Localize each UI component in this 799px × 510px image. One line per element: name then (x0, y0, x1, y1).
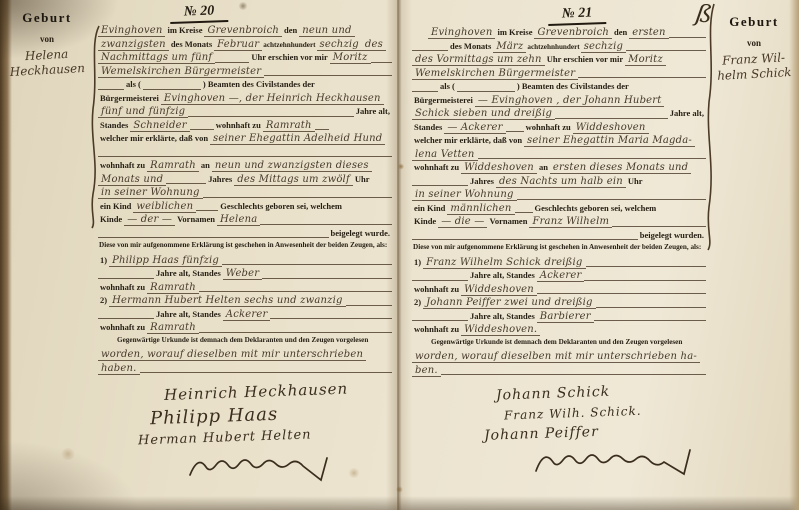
form-line: 2)Johann Peiffer zwei und dreißig (412, 297, 706, 311)
blank-rule (203, 197, 392, 198)
handwritten-entry: neun und zwanzigsten dieses (212, 160, 372, 172)
right-signature-list: Johann SchickFranz Wilh. Schick.Johann P… (412, 382, 706, 443)
printed-form-text: Diese von mir aufgenommene Erklärung ist… (98, 241, 388, 249)
blank-rule (98, 318, 154, 319)
handwritten-entry: ersten (629, 27, 668, 39)
printed-form-text: ) Beamten des Civilstandes der (201, 79, 317, 89)
form-line: in seiner Wohnung (412, 189, 706, 203)
form-line: wohnhaft zuRamrath (98, 282, 392, 296)
handwritten-entry: — die — (438, 216, 487, 228)
printed-form-text: wohnhaft zu (214, 120, 263, 130)
form-line: 2)Hermann Hubert Helten sechs und zwanzi… (98, 295, 392, 309)
blank-rule (190, 129, 214, 130)
handwritten-entry: März (493, 41, 526, 53)
handwritten-entry: Monats und (98, 174, 166, 186)
printed-form-text: Diese von mir aufgenommene Erklärung ist… (412, 243, 702, 251)
left-margin-von: von (6, 34, 88, 44)
printed-form-text: 1) (412, 257, 423, 267)
printed-form-text: Geschlechts geboren sei, welchem (218, 201, 344, 211)
handwritten-entry: ben. (412, 365, 441, 377)
handwritten-entry: Widdeshoven. (461, 324, 540, 336)
handwritten-entry: Schneider (130, 120, 189, 132)
printed-form-text: Jahre alt, Standes (154, 268, 223, 278)
form-line: Wemelskirchen Bürgermeister (98, 66, 392, 80)
blank-rule (199, 291, 392, 292)
form-line: des Vormittags um zehnUhr erschien vor m… (412, 54, 706, 68)
form-line: wohnhaft zuWiddeshovenanersten dieses Mo… (412, 162, 706, 176)
handwritten-entry: Ramrath (147, 322, 199, 334)
handwritten-entry: des Vormittags um zehn (412, 54, 545, 66)
printed-form-text: welcher mir erklärte, daß von (98, 133, 210, 143)
printed-form-text: den (282, 25, 299, 35)
blank-rule (260, 224, 392, 225)
handwritten-entry: Widdeshoven (461, 284, 537, 296)
printed-form-text: wohnhaft zu (412, 162, 461, 172)
handwritten-entry: in seiner Wohnung (98, 187, 203, 199)
form-line: ein KindweiblichenGeschlechts geboren se… (98, 201, 392, 215)
printed-form-text: Vornamen (487, 216, 529, 226)
blank-rule (412, 50, 448, 51)
right-page-signatures: Johann SchickFranz Wilh. Schick.Johann P… (412, 382, 706, 490)
right-margin-brace (704, 2, 718, 252)
blank-rule (457, 91, 515, 92)
printed-form-text: 1) (98, 255, 109, 265)
printed-form-text: Uhr (353, 174, 372, 184)
blank-rule (166, 183, 206, 184)
handwritten-entry: sechzig (317, 39, 362, 51)
form-line: als () Beamten des Civilstandes der (98, 79, 392, 93)
form-line: Wemelskirchen Bürgermeister (412, 68, 706, 82)
form-line: Jahre alt, StandesAckerer (412, 270, 706, 284)
handwritten-entry: Evinghoven —, der Heinrich Heckhausen (161, 93, 384, 105)
form-line: Diese von mir aufgenommene Erklärung ist… (98, 241, 392, 255)
printed-form-text: ein Kind (98, 201, 133, 211)
blank-rule (555, 118, 668, 119)
form-line: wohnhaft zuWiddeshoven (412, 284, 706, 298)
left-signature-list: Heinrich HeckhausenPhilipp HaasHerman Hu… (98, 380, 392, 447)
handwritten-entry: fünf und fünfzig (98, 106, 188, 118)
handwritten-entry: Wemelskirchen Bürgermeister (412, 68, 578, 80)
form-line: als () Beamten des Civilstandes der (412, 81, 706, 95)
handwritten-entry: zwanzigsten (98, 39, 169, 51)
handwritten-entry: weiblichen (133, 201, 196, 213)
blank-rule (262, 278, 392, 279)
left-page-number: № 20 (170, 3, 229, 24)
form-line: ben. (412, 365, 706, 379)
blank-rule (196, 210, 218, 211)
handwritten-entry: sechzig (581, 41, 626, 53)
handwritten-entry: Philipp Haas fünfzig (109, 255, 222, 267)
handwritten-entry: Franz Wilhelm Schick dreißig (423, 257, 585, 269)
printed-form-text: Jahre alt, (354, 106, 392, 116)
form-line: Diese von mir aufgenommene Erklärung ist… (412, 243, 706, 257)
printed-form-text: den (612, 27, 629, 37)
handwritten-entry: männlichen (447, 203, 514, 215)
blank-rule (98, 278, 154, 279)
form-line: Schick sieben und dreißigJahre alt, (412, 108, 706, 122)
handwritten-entry: Johann Peiffer zwei und dreißig (423, 297, 596, 309)
handwritten-entry: ersten dieses Monats und (550, 162, 691, 174)
handwritten-entry: Grevenbroich (204, 25, 282, 37)
blank-rule (412, 185, 468, 186)
blank-rule (143, 89, 201, 90)
right-page-number: № 21 (548, 5, 607, 26)
form-line: in seiner Wohnung (98, 187, 392, 201)
form-line: wohnhaft zuRamrath (98, 322, 392, 336)
blank-rule (199, 332, 392, 333)
handwritten-entry: — der — (124, 214, 175, 226)
blank-rule (594, 320, 706, 321)
printed-form-text: 2) (98, 295, 109, 305)
blank-rule (441, 374, 706, 375)
printed-form-text: beigelegt wurde. (329, 228, 393, 238)
handwritten-entry: Barbierer (537, 311, 594, 323)
blank-rule (412, 91, 438, 92)
printed-form-text: Kinde (412, 216, 438, 226)
handwritten-entry: haben. (98, 363, 140, 375)
handwritten-entry: Hermann Hubert Helten sechs und zwanzig (109, 295, 346, 307)
right-page-lines: Evinghovenim KreiseGrevenbroichdenersten… (412, 27, 706, 378)
blank-rule (140, 372, 392, 373)
printed-form-text: als ( (124, 79, 143, 89)
form-line: welcher mir erklärte, daß vonseiner Eheg… (412, 135, 706, 149)
handwritten-entry: in seiner Wohnung (412, 189, 517, 201)
handwritten-entry: neun und (299, 25, 354, 37)
printed-form-text: Uhr erschien vor mir (545, 54, 625, 64)
left-page-body: Evinghovenim KreiseGrevenbroichdenneun u… (98, 25, 392, 376)
printed-form-text: Jahres (206, 174, 234, 184)
printed-form-text: beigelegt wurden. (638, 230, 706, 240)
blank-rule (188, 116, 353, 117)
handwritten-entry: Nachmittags um fünf (98, 52, 215, 64)
blank-rule (270, 318, 392, 319)
blank-rule (669, 37, 706, 38)
right-margin-heading: Geburt (712, 14, 796, 30)
handwritten-entry: Widdeshoven (573, 122, 649, 134)
form-line: worden, worauf dieselben mit mir untersc… (98, 349, 392, 363)
form-line: Bürgermeisterei— Evinghoven , der Johann… (412, 95, 706, 109)
printed-form-text: 2) (412, 297, 423, 307)
left-margin-annotation: Geburt von Helena Heckhausen (6, 10, 88, 78)
blank-rule (412, 239, 638, 240)
blank-rule (346, 305, 392, 306)
blank-rule (222, 264, 392, 265)
printed-form-text: achtzehnhundert (262, 41, 316, 49)
form-line: 1)Philipp Haas fünfzig (98, 255, 392, 269)
printed-form-text: im Kreise (165, 25, 204, 35)
handwritten-entry: des Nachts um halb ein (496, 176, 626, 188)
handwritten-entry: worden, worauf dieselben mit mir untersc… (412, 351, 700, 363)
printed-form-text: Gegenwärtige Urkunde ist demnach dem Dek… (430, 338, 683, 346)
handwritten-entry: Helena (217, 214, 260, 226)
printed-form-text: im Kreise (495, 27, 534, 37)
right-page-body: Evinghovenim KreiseGrevenbroichdenersten… (412, 27, 706, 378)
printed-form-text: Bürgermeisterei (412, 95, 475, 105)
form-line: welcher mir erklärte, daß vonseiner Eheg… (98, 133, 392, 147)
handwritten-entry: Widdeshoven (461, 162, 537, 174)
form-line: Gegenwärtige Urkunde ist demnach dem Dek… (98, 336, 392, 350)
printed-form-text: Uhr erschien vor mir (249, 52, 329, 62)
handwritten-entry: lena Vetten (412, 149, 478, 161)
handwritten-entry: Februar (214, 39, 262, 51)
blank-rule (98, 237, 329, 238)
handwritten-entry: — Ackerer (444, 122, 505, 134)
form-line: Jahre alt, StandesWeber (98, 268, 392, 282)
blank-rule (478, 158, 706, 159)
handwritten-entry: Evinghoven (98, 25, 165, 37)
printed-form-text: als ( (438, 81, 457, 91)
handwritten-entry: Ramrath (147, 282, 199, 294)
official-signature-flourish (532, 443, 762, 485)
left-margin-name: Helena Heckhausen (5, 46, 88, 80)
blank-rule (412, 320, 468, 321)
register-book-photo: № 20 Geburt von Helena Heckhausen Evingh… (0, 0, 799, 510)
stain-top (238, 2, 248, 10)
official-signature-flourish (186, 449, 386, 489)
form-line: Jahre alt, StandesBarbierer (412, 311, 706, 325)
form-line: Jahresdes Nachts um halb einUhr (412, 176, 706, 190)
printed-form-text: Standes (412, 122, 444, 132)
blank-rule (412, 280, 468, 281)
blank-rule (515, 212, 533, 213)
left-margin-heading: Geburt (6, 10, 88, 26)
printed-form-text: Bürgermeisterei (98, 93, 161, 103)
form-line: Kinde— die —VornamenFranz Wilhelm (412, 216, 706, 230)
blank-rule (537, 293, 706, 294)
blank-rule (586, 266, 707, 267)
left-page-signatures: Heinrich HeckhausenPhilipp HaasHerman Hu… (98, 380, 392, 494)
form-line: beigelegt wurde. (98, 228, 392, 242)
form-line: wohnhaft zuRamrathanneun und zwanzigsten… (98, 160, 392, 174)
handwritten-entry: Schick sieben und dreißig (412, 108, 555, 120)
handwritten-entry: Weber (223, 268, 262, 280)
form-line: worden, worauf dieselben mit mir untersc… (412, 351, 706, 365)
printed-form-text: wohnhaft zu (98, 282, 147, 292)
form-line: 1)Franz Wilhelm Schick dreißig (412, 257, 706, 271)
foxing-spot (398, 163, 404, 170)
printed-form-text: an (199, 160, 212, 170)
form-line: lena Vetten (412, 149, 706, 163)
printed-form-text: Gegenwärtige Urkunde ist demnach dem Dek… (116, 336, 369, 344)
printed-form-text: Jahre alt, Standes (154, 309, 223, 319)
blank-rule (264, 75, 392, 76)
handwritten-entry: Moritz (330, 52, 371, 64)
center-fold-crease (397, 0, 399, 510)
blank-rule (517, 199, 706, 200)
form-line: Evinghovenim KreiseGrevenbroichdenneun u… (98, 25, 392, 39)
form-line: haben. (98, 363, 392, 377)
blank-rule (506, 131, 524, 132)
form-line (98, 147, 392, 161)
form-line: Evinghovenim KreiseGrevenbroichdenersten (412, 27, 706, 41)
printed-form-text: des Monats (169, 39, 214, 49)
blank-rule (584, 280, 706, 281)
printed-form-text: achtzehnhundert (526, 43, 580, 51)
form-line: wohnhaft zuWiddeshoven. (412, 324, 706, 338)
right-margin-name: Franz Wil- helm Schick (711, 50, 796, 84)
blank-rule (315, 129, 329, 130)
printed-form-text: ) Beamten des Civilstandes der (515, 81, 631, 91)
printed-form-text: wohnhaft zu (98, 160, 147, 170)
form-line: zwanzigstendes MonatsFebruarachtzehnhund… (98, 39, 392, 53)
printed-form-text: Vornamen (175, 214, 217, 224)
handwritten-entry: Evinghoven (428, 27, 495, 39)
printed-form-text: Kinde (98, 214, 124, 224)
handwritten-entry: worden, worauf dieselben mit mir untersc… (98, 349, 366, 361)
handwritten-entry: Ramrath (263, 120, 315, 132)
left-page-lines: Evinghovenim KreiseGrevenbroichdenneun u… (98, 25, 392, 376)
form-line: des MonatsMärzachtzehnhundertsechzig (412, 41, 706, 55)
blank-rule (371, 62, 393, 63)
handwritten-entry: Franz Wilhelm (529, 216, 612, 228)
blank-rule (596, 307, 706, 308)
printed-form-text: wohnhaft zu (98, 322, 147, 332)
printed-form-text: an (537, 162, 550, 172)
printed-form-text: Jahres (468, 176, 496, 186)
handwritten-entry: des Mittags um zwölf (234, 174, 353, 186)
form-line: Monats undJahresdes Mittags um zwölfUhr (98, 174, 392, 188)
form-line: Gegenwärtige Urkunde ist demnach dem Dek… (412, 338, 706, 352)
form-line: Nachmittags um fünfUhr erschien vor mirM… (98, 52, 392, 66)
printed-form-text: Geschlechts geboren sei, welchem (533, 203, 659, 213)
printed-form-text: wohnhaft zu (412, 284, 461, 294)
blank-rule (626, 50, 706, 51)
right-margin-annotation: Geburt von Franz Wil- helm Schick (712, 14, 796, 82)
foxing-spot (60, 448, 76, 460)
handwritten-entry: Ackerer (537, 270, 585, 282)
form-line: Jahre alt, StandesAckerer (98, 309, 392, 323)
blank-rule (612, 226, 706, 227)
form-line: ein KindmännlichenGeschlechts geboren se… (412, 203, 706, 217)
printed-form-text: Jahre alt, (668, 108, 706, 118)
printed-form-text: des Monats (448, 41, 493, 51)
printed-form-text: Jahre alt, Standes (468, 311, 537, 321)
form-line: Kinde— der —VornamenHelena (98, 214, 392, 228)
form-line: fünf und fünfzigJahre alt, (98, 106, 392, 120)
printed-form-text: wohnhaft zu (524, 122, 573, 132)
printed-form-text: welcher mir erklärte, daß von (412, 135, 524, 145)
blank-rule (578, 77, 706, 78)
printed-form-text: Jahre alt, Standes (468, 270, 537, 280)
handwritten-entry: Ramrath (147, 160, 199, 172)
blank-rule (215, 62, 249, 63)
blank-rule (98, 156, 392, 157)
foxing-spot (396, 486, 403, 493)
handwritten-entry: — Evinghoven , der Johann Hubert (475, 95, 665, 107)
handwritten-entry: des (362, 39, 386, 51)
printed-form-text: Standes (98, 120, 130, 130)
form-line: StandesSchneiderwohnhaft zuRamrath (98, 120, 392, 134)
form-line: BürgermeistereiEvinghoven —, der Heinric… (98, 93, 392, 107)
handwritten-entry: seiner Ehegattin Maria Magda- (524, 135, 695, 147)
printed-form-text: Uhr (626, 176, 645, 186)
handwritten-entry: Grevenbroich (534, 27, 612, 39)
handwritten-entry: seiner Ehegattin Adelheid Hund (210, 133, 385, 145)
handwritten-entry: Moritz (625, 54, 666, 66)
handwritten-entry: Wemelskirchen Bürgermeister (98, 66, 264, 78)
form-line: beigelegt wurden. (412, 230, 706, 244)
right-margin-von: von (712, 38, 796, 48)
printed-form-text: wohnhaft zu (412, 324, 461, 334)
form-line: Standes— Ackererwohnhaft zuWiddeshoven (412, 122, 706, 136)
blank-rule (98, 89, 124, 90)
handwritten-entry: Ackerer (223, 309, 271, 321)
printed-form-text: ein Kind (412, 203, 447, 213)
